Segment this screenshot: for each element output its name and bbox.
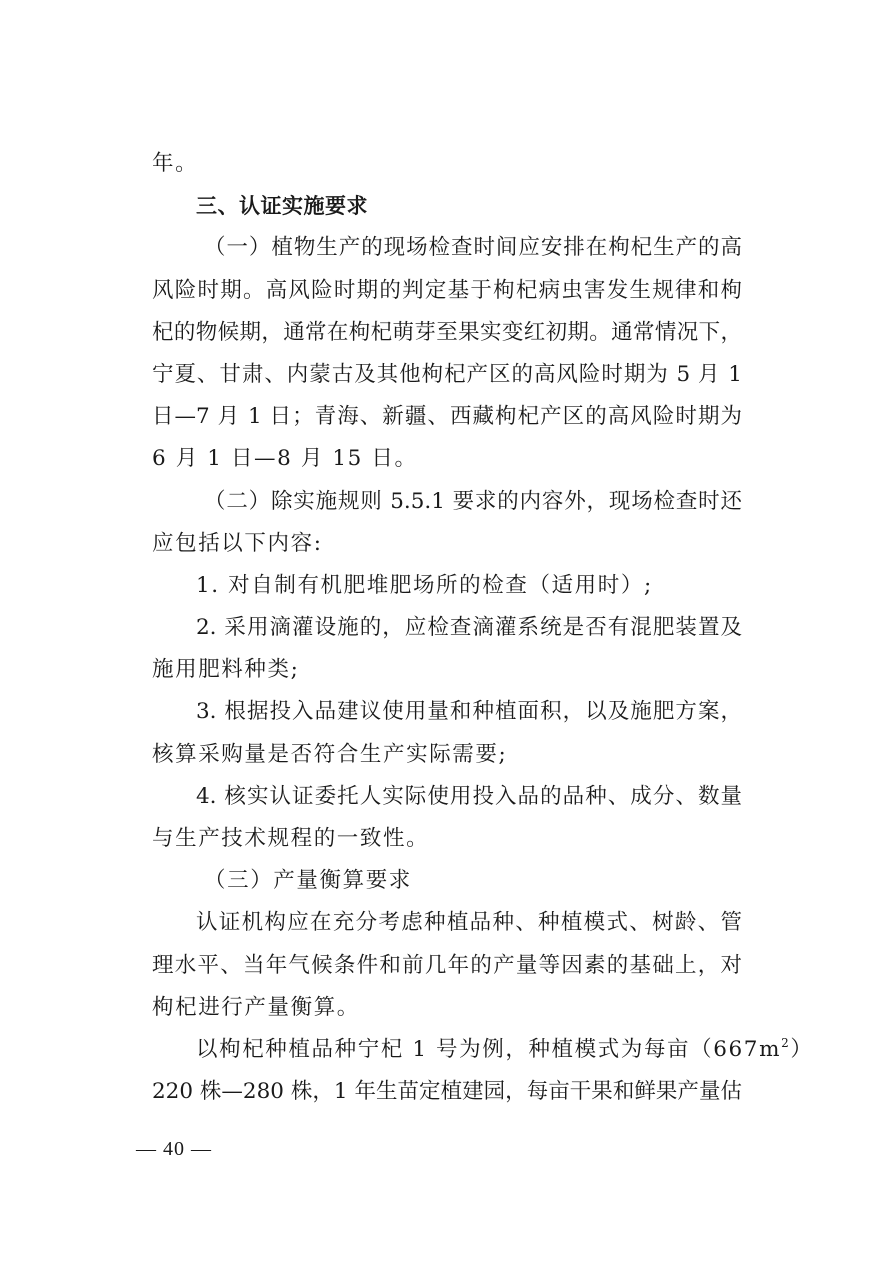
paragraph-line-continuation: 年。 [152, 143, 742, 185]
superscript-2: 2 [781, 1036, 790, 1050]
paragraph-2-line-2: 应包括以下内容: [152, 523, 742, 565]
paragraph-1-line-6: 6 月 1 日—8 月 15 日。 [152, 438, 742, 480]
list-item-3-line-1: 3. 根据投入品建议使用量和种植面积，以及施肥方案， [152, 691, 742, 733]
paragraph-4-line-1-text: 以枸杞种植品种宁杞 1 号为例，种植模式为每亩（667m [196, 1037, 781, 1062]
subsection-heading-yield-calculation: （三）产量衡算要求 [152, 860, 742, 902]
list-item-2-line-2: 施用肥料种类; [152, 649, 742, 691]
paragraph-3-line-3: 枸杞进行产量衡算。 [152, 987, 742, 1029]
paragraph-1-line-1: （一）植物生产的现场检查时间应安排在枸杞生产的高 [152, 227, 742, 269]
section-heading-certification-requirements: 三、认证实施要求 [152, 185, 742, 227]
page-number: — 40 — [136, 1138, 212, 1161]
paragraph-1-line-4: 宁夏、甘肃、内蒙古及其他枸杞产区的高风险时期为 5 月 1 [152, 354, 742, 396]
document-page: 年。 三、认证实施要求 （一）植物生产的现场检查时间应安排在枸杞生产的高 风险时… [152, 143, 742, 1113]
list-item-4-line-2: 与生产技术规程的一致性。 [152, 818, 742, 860]
list-item-2-line-1: 2. 采用滴灌设施的，应检查滴灌系统是否有混肥装置及 [152, 607, 742, 649]
paragraph-2-line-1: （二）除实施规则 5.5.1 要求的内容外，现场检查时还 [152, 481, 742, 523]
paragraph-4-line-1: 以枸杞种植品种宁杞 1 号为例，种植模式为每亩（667m2） [152, 1029, 742, 1071]
paragraph-4-line-2: 220 株—280 株，1 年生苗定植建园，每亩干果和鲜果产量估 [152, 1071, 742, 1113]
paragraph-3-line-2: 理水平、当年气候条件和前几年的产量等因素的基础上，对 [152, 945, 742, 987]
paragraph-1-line-2: 风险时期。高风险时期的判定基于枸杞病虫害发生规律和枸 [152, 270, 742, 312]
close-paren: ） [790, 1037, 813, 1062]
list-item-3-line-2: 核算采购量是否符合生产实际需要; [152, 734, 742, 776]
paragraph-1-line-5: 日—7 月 1 日；青海、新疆、西藏枸杞产区的高风险时期为 [152, 396, 742, 438]
paragraph-3-line-1: 认证机构应在充分考虑种植品种、种植模式、树龄、管 [152, 902, 742, 944]
list-item-4-line-1: 4. 核实认证委托人实际使用投入品的品种、成分、数量 [152, 776, 742, 818]
list-item-1: 1. 对自制有机肥堆肥场所的检查（适用时）; [152, 565, 742, 607]
paragraph-1-line-3: 杞的物候期，通常在枸杞萌芽至果实变红初期。通常情况下， [152, 312, 742, 354]
